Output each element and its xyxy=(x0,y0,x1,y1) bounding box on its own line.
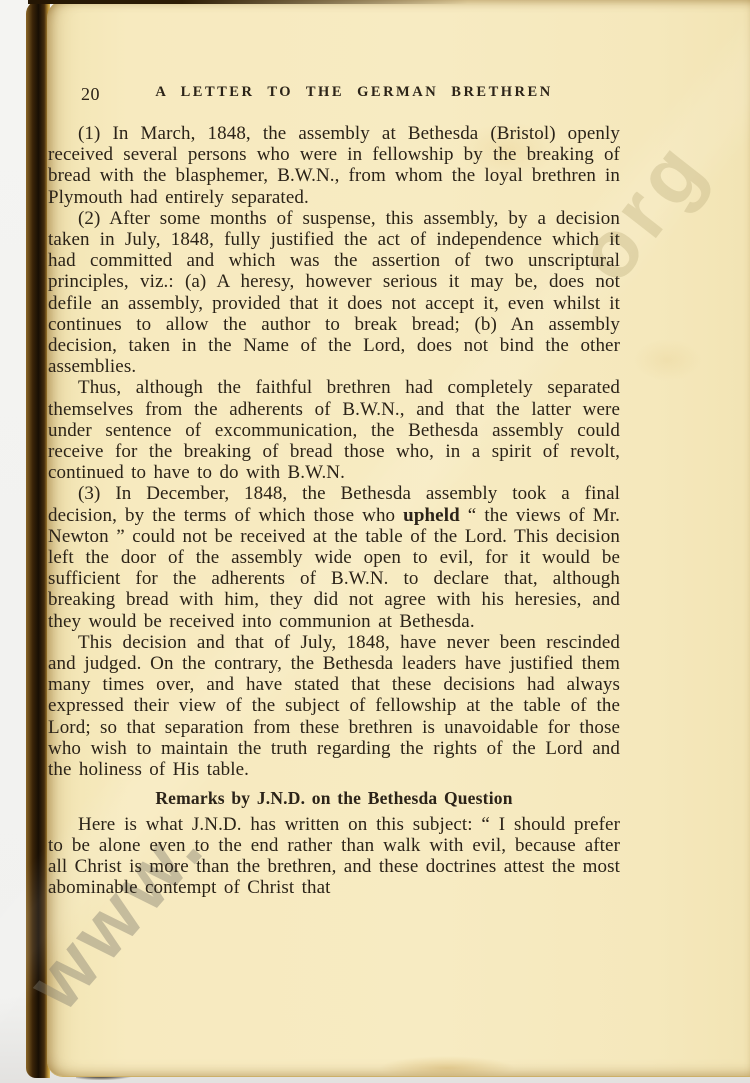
book-cover-top-edge xyxy=(28,0,468,4)
text-run: Thus, although the faithful brethren had… xyxy=(48,377,620,483)
text-run: Here is what J.N.D. has written on this … xyxy=(48,814,620,899)
section-heading: Remarks by J.N.D. on the Bethesda Questi… xyxy=(48,788,620,809)
text-block: (1) In March, 1848, the assembly at Beth… xyxy=(48,123,620,898)
paragraph: Thus, although the faithful brethren had… xyxy=(48,377,620,483)
paragraph: Here is what J.N.D. has written on this … xyxy=(48,814,620,899)
text-run: (2) After some months of suspense, this … xyxy=(48,208,620,377)
paragraph: (2) After some months of suspense, this … xyxy=(48,208,620,378)
paragraph: (3) In December, 1848, the Bethesda asse… xyxy=(48,483,620,631)
page-content: 20 A LETTER TO THE GERMAN BRETHREN (1) I… xyxy=(48,84,620,898)
paragraph: (1) In March, 1848, the assembly at Beth… xyxy=(48,123,620,208)
text-run: (1) In March, 1848, the assembly at Beth… xyxy=(48,123,620,208)
paragraph: This decision and that of July, 1848, ha… xyxy=(48,632,620,780)
page-number: 20 xyxy=(81,84,100,105)
page-header: 20 A LETTER TO THE GERMAN BRETHREN xyxy=(48,84,620,108)
bold-run: upheld xyxy=(403,505,460,526)
text-run: Remarks by J.N.D. on the Bethesda Questi… xyxy=(155,788,512,808)
text-run: This decision and that of July, 1848, ha… xyxy=(48,632,620,780)
running-title: A LETTER TO THE GERMAN BRETHREN xyxy=(48,84,620,101)
